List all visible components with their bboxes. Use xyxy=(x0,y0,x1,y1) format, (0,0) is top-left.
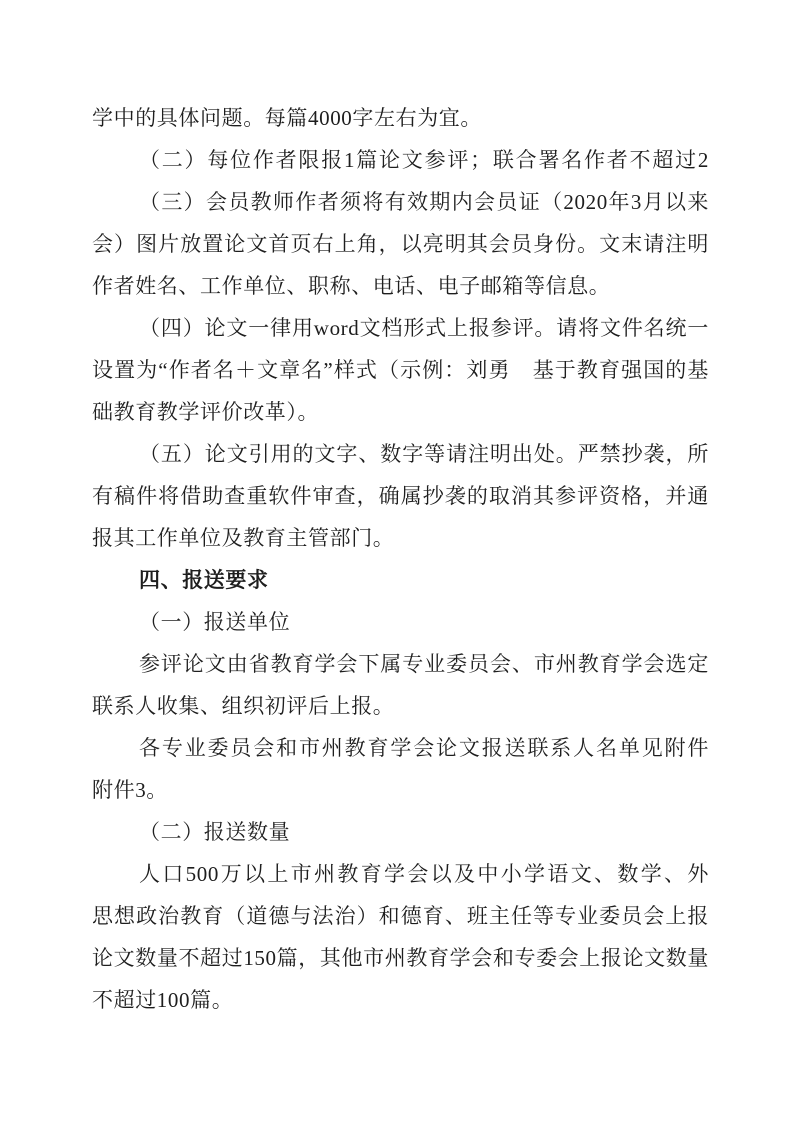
doc-line: 报其工作单位及教育主管部门。 xyxy=(92,517,709,559)
doc-line: 设置为“作者名＋文章名”样式（示例：刘勇 基于教育强国的基 xyxy=(92,349,709,391)
sub-heading: （二）报送数量 xyxy=(92,811,709,853)
doc-line: 论文数量不超过150篇，其他市州教育学会和专委会上报论文数量 xyxy=(92,937,709,979)
doc-line: 各专业委员会和市州教育学会论文报送联系人名单见附件2、 xyxy=(92,727,709,769)
doc-line: 思想政治教育（道德与法治）和德育、班主任等专业委员会上报 xyxy=(92,895,709,937)
doc-line: 附件3。 xyxy=(92,769,709,811)
document-text-block: 学中的具体问题。每篇4000字左右为宜。 （二）每位作者限报1篇论文参评；联合署… xyxy=(92,97,709,1021)
doc-line: 不超过100篇。 xyxy=(92,979,709,1021)
doc-line: 学中的具体问题。每篇4000字左右为宜。 xyxy=(92,97,709,139)
doc-line: （五）论文引用的文字、数字等请注明出处。严禁抄袭，所 xyxy=(92,433,709,475)
doc-line: （二）每位作者限报1篇论文参评；联合署名作者不超过2人。 xyxy=(92,139,709,181)
doc-line: 参评论文由省教育学会下属专业委员会、市州教育学会选定 xyxy=(92,643,709,685)
doc-line: （三）会员教师作者须将有效期内会员证（2020年3月以来入 xyxy=(92,181,709,223)
doc-line: （四）论文一律用word文档形式上报参评。请将文件名统一 xyxy=(92,307,709,349)
doc-line: 作者姓名、工作单位、职称、电话、电子邮箱等信息。 xyxy=(92,265,709,307)
doc-line: 础教育教学评价改革）。 xyxy=(92,391,709,433)
section-heading: 四、报送要求 xyxy=(92,559,709,601)
doc-line: 联系人收集、组织初评后上报。 xyxy=(92,685,709,727)
document-page: 学中的具体问题。每篇4000字左右为宜。 （二）每位作者限报1篇论文参评；联合署… xyxy=(0,0,799,1131)
doc-line: 人口500万以上市州教育学会以及中小学语文、数学、外语、 xyxy=(92,853,709,895)
doc-line: 会）图片放置论文首页右上角，以亮明其会员身份。文末请注明 xyxy=(92,223,709,265)
doc-line: 有稿件将借助查重软件审查，确属抄袭的取消其参评资格，并通 xyxy=(92,475,709,517)
sub-heading: （一）报送单位 xyxy=(92,601,709,643)
